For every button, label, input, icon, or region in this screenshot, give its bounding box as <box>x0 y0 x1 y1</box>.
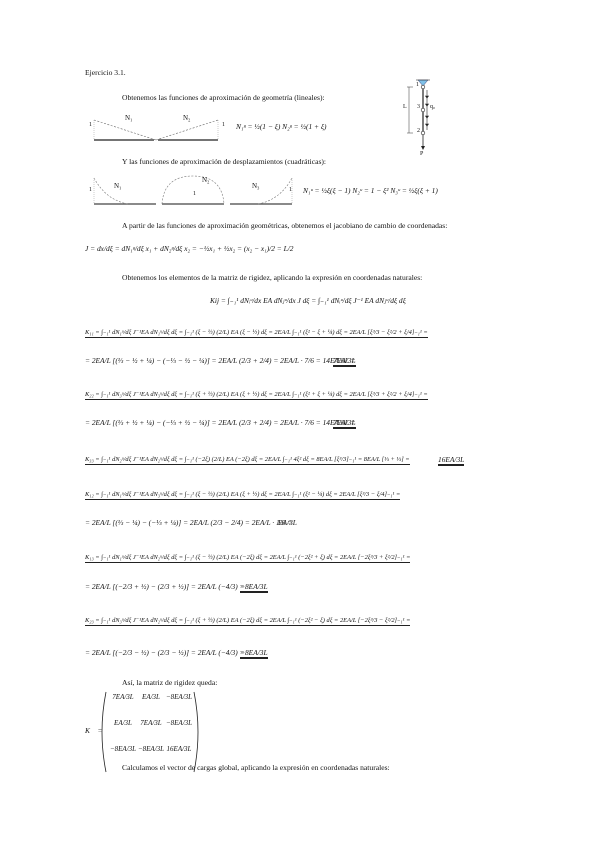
k33-derivation: K₃₃ = ∫₋₁¹ dN₂ᵘ/dξ J⁻¹EA dN₂ᵘ/dξ dξ = ∫₋… <box>85 455 410 465</box>
k22-result: 7EA/3L <box>333 418 356 429</box>
geom-label-one-left: 1 <box>89 122 92 128</box>
bar-structure-figure <box>400 78 450 160</box>
paragraph-jacobian: A partir de las funciones de aproximació… <box>122 221 447 230</box>
kij-formula: Kij = ∫₋₁¹ dNᵢᵘ/dx EA dNⱼᵘ/dx J dξ = ∫₋₁… <box>210 296 406 305</box>
disp-label-n1: N₁ <box>114 182 122 190</box>
disp-label-one-mid: 1 <box>193 191 196 197</box>
k23-evaluation: = 2EA/L [(−2/3 − ½) − (2/3 − ½)] = 2EA/L… <box>85 648 245 657</box>
k22-evaluation: = 2EA/L [(⅓ + ½ + ¼) − (−⅓ + ½ − ¼)] = 2… <box>85 418 356 427</box>
k13-result: −8EA/3L <box>240 582 268 593</box>
geom-label-n2: N₂ <box>183 114 191 122</box>
matrix-cell-1-3: −8EA/3L <box>162 693 196 701</box>
matrix-cell-3-3: 16EA/3L <box>162 745 196 753</box>
k13-evaluation: = 2EA/L [(−2/3 + ½) − (2/3 + ½)] = 2EA/L… <box>85 582 245 591</box>
paragraph-geometry-functions: Obtenemos las funciones de aproximación … <box>122 93 325 102</box>
paragraph-matrix: Así, la matriz de rigidez queda: <box>122 678 217 687</box>
jacobian-formula: J = dx/dξ = dN₁ᵍ/dξ x₁ + dN₂ᵍ/dξ x₂ = −½… <box>85 244 293 253</box>
exercise-heading: Ejercicio 3.1. <box>85 68 126 77</box>
k12-derivation: K₁₂ = ∫₋₁¹ dN₁ᵘ/dξ J⁻¹EA dN₃ᵘ/dξ dξ = ∫₋… <box>85 490 400 500</box>
k22-derivation: K₂₂ = ∫₋₁¹ dN₃ᵘ/dξ J⁻¹EA dN₃ᵘ/dξ dξ = ∫₋… <box>85 390 428 400</box>
disp-label-one-right: 1 <box>289 187 292 193</box>
paragraph-stiffness: Obtenemos los elementos de la matriz de … <box>122 273 422 282</box>
k11-result: 7EA/3L <box>333 356 356 367</box>
disp-label-n2: N₂ <box>202 176 210 184</box>
geometry-functions-formula: N₁ᵍ = ½(1 − ξ) N₂ᵍ = ½(1 + ξ) <box>236 122 326 131</box>
bar-node-1-label: 1 <box>416 82 419 88</box>
k11-derivation: K₁₁ = ∫₋₁¹ dN₁ᵘ/dξ J⁻¹EA dN₁ᵘ/dξ dξ = ∫₋… <box>85 328 428 338</box>
k13-derivation: K₁₃ = ∫₋₁¹ dN₁ᵘ/dξ J⁻¹EA dN₂ᵘ/dξ dξ = ∫₋… <box>85 553 410 563</box>
stiffness-matrix: 7EA/3L EA/3L −8EA/3L EA/3L 7EA/3L −8EA/3… <box>106 693 196 773</box>
displacement-functions-formula: N₁ᵘ = ½ξ(ξ − 1) N₂ᵘ = 1 − ξ² N₃ᵘ = ½ξ(ξ … <box>303 186 438 195</box>
bar-point-load-label: P <box>420 151 423 157</box>
bar-node-3-label: 3 <box>417 104 420 110</box>
disp-label-n3: N₃ <box>252 182 260 190</box>
k23-derivation: K₂₃ = ∫₋₁¹ dN₃ᵘ/dξ J⁻¹EA dN₂ᵘ/dξ dξ = ∫₋… <box>85 616 410 626</box>
bar-distributed-load-label: q₀ <box>430 104 435 110</box>
k12-result: EA/3L <box>278 518 297 527</box>
disp-label-one-left: 1 <box>89 187 92 193</box>
geom-label-n1: N₁ <box>125 114 133 122</box>
k12-evaluation: = 2EA/L [(⅓ − ¼) − (−⅓ + ¼)] = 2EA/L (2/… <box>85 518 292 527</box>
bar-node-2-label: 2 <box>417 128 420 134</box>
k11-evaluation: = 2EA/L [(⅓ − ½ + ¼) − (−⅓ − ½ − ¼)] = 2… <box>85 356 356 365</box>
paragraph-load-vector: Calculamos el vector de cargas global, a… <box>122 763 390 772</box>
k23-result: −8EA/3L <box>240 648 268 659</box>
matrix-cell-2-3: −8EA/3L <box>162 719 196 727</box>
quadratic-shape-functions-diagram <box>88 174 308 208</box>
bar-length-label: L <box>403 104 407 110</box>
k33-result: 16EA/3L <box>438 455 464 466</box>
geom-label-one-right: 1 <box>222 122 225 128</box>
paragraph-displacement-functions: Y las funciones de aproximación de despl… <box>122 157 326 166</box>
linear-shape-functions-diagram <box>88 112 248 144</box>
